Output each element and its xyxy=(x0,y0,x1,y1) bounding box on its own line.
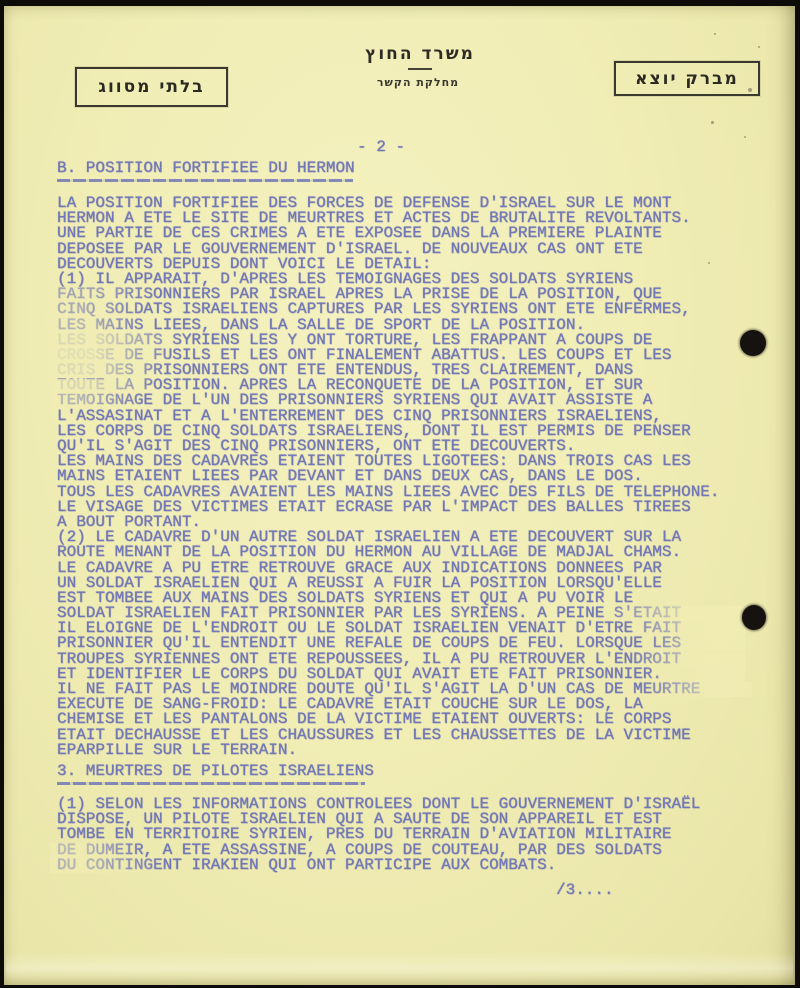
title-divider xyxy=(408,68,432,70)
text-line: DU CONTINGENT IRAKIEN QUI ONT PARTICIPE … xyxy=(57,858,700,873)
paper-speckle xyxy=(748,88,752,92)
section-3-heading: 3. MEURTRES DE PILOTES ISRAELIENS xyxy=(57,764,374,779)
paper-speckle xyxy=(714,33,716,35)
scan-edge xyxy=(0,0,4,988)
section-b-body: LA POSITION FORTIFIEE DES FORCES DE DEFE… xyxy=(57,196,720,758)
paper-speckle xyxy=(758,46,760,48)
page-number: - 2 - xyxy=(357,138,405,156)
text-line: EPARPILLE SUR LE TERRAIN. xyxy=(57,743,720,758)
paper-speckle xyxy=(708,262,710,264)
paper-speckle xyxy=(711,121,714,124)
section-3-body: (1) SELON LES INFORMATIONS CONTROLEES DO… xyxy=(57,797,700,873)
section-b-underline xyxy=(57,179,353,182)
section-b-heading: B. POSITION FORTIFIEE DU HERMON xyxy=(57,161,355,176)
scan-edge xyxy=(795,0,800,988)
scan-edge xyxy=(0,0,800,6)
punch-hole xyxy=(740,330,766,356)
punch-hole xyxy=(742,605,766,630)
paper-speckle xyxy=(744,136,746,138)
continuation-mark: /3.... xyxy=(556,881,614,899)
unclassified-stamp: בלתי מסווג xyxy=(75,67,228,107)
section-3-underline xyxy=(57,782,365,785)
outgoing-telegram-stamp: מברק יוצא xyxy=(614,61,760,96)
scan-light-band xyxy=(6,952,793,982)
